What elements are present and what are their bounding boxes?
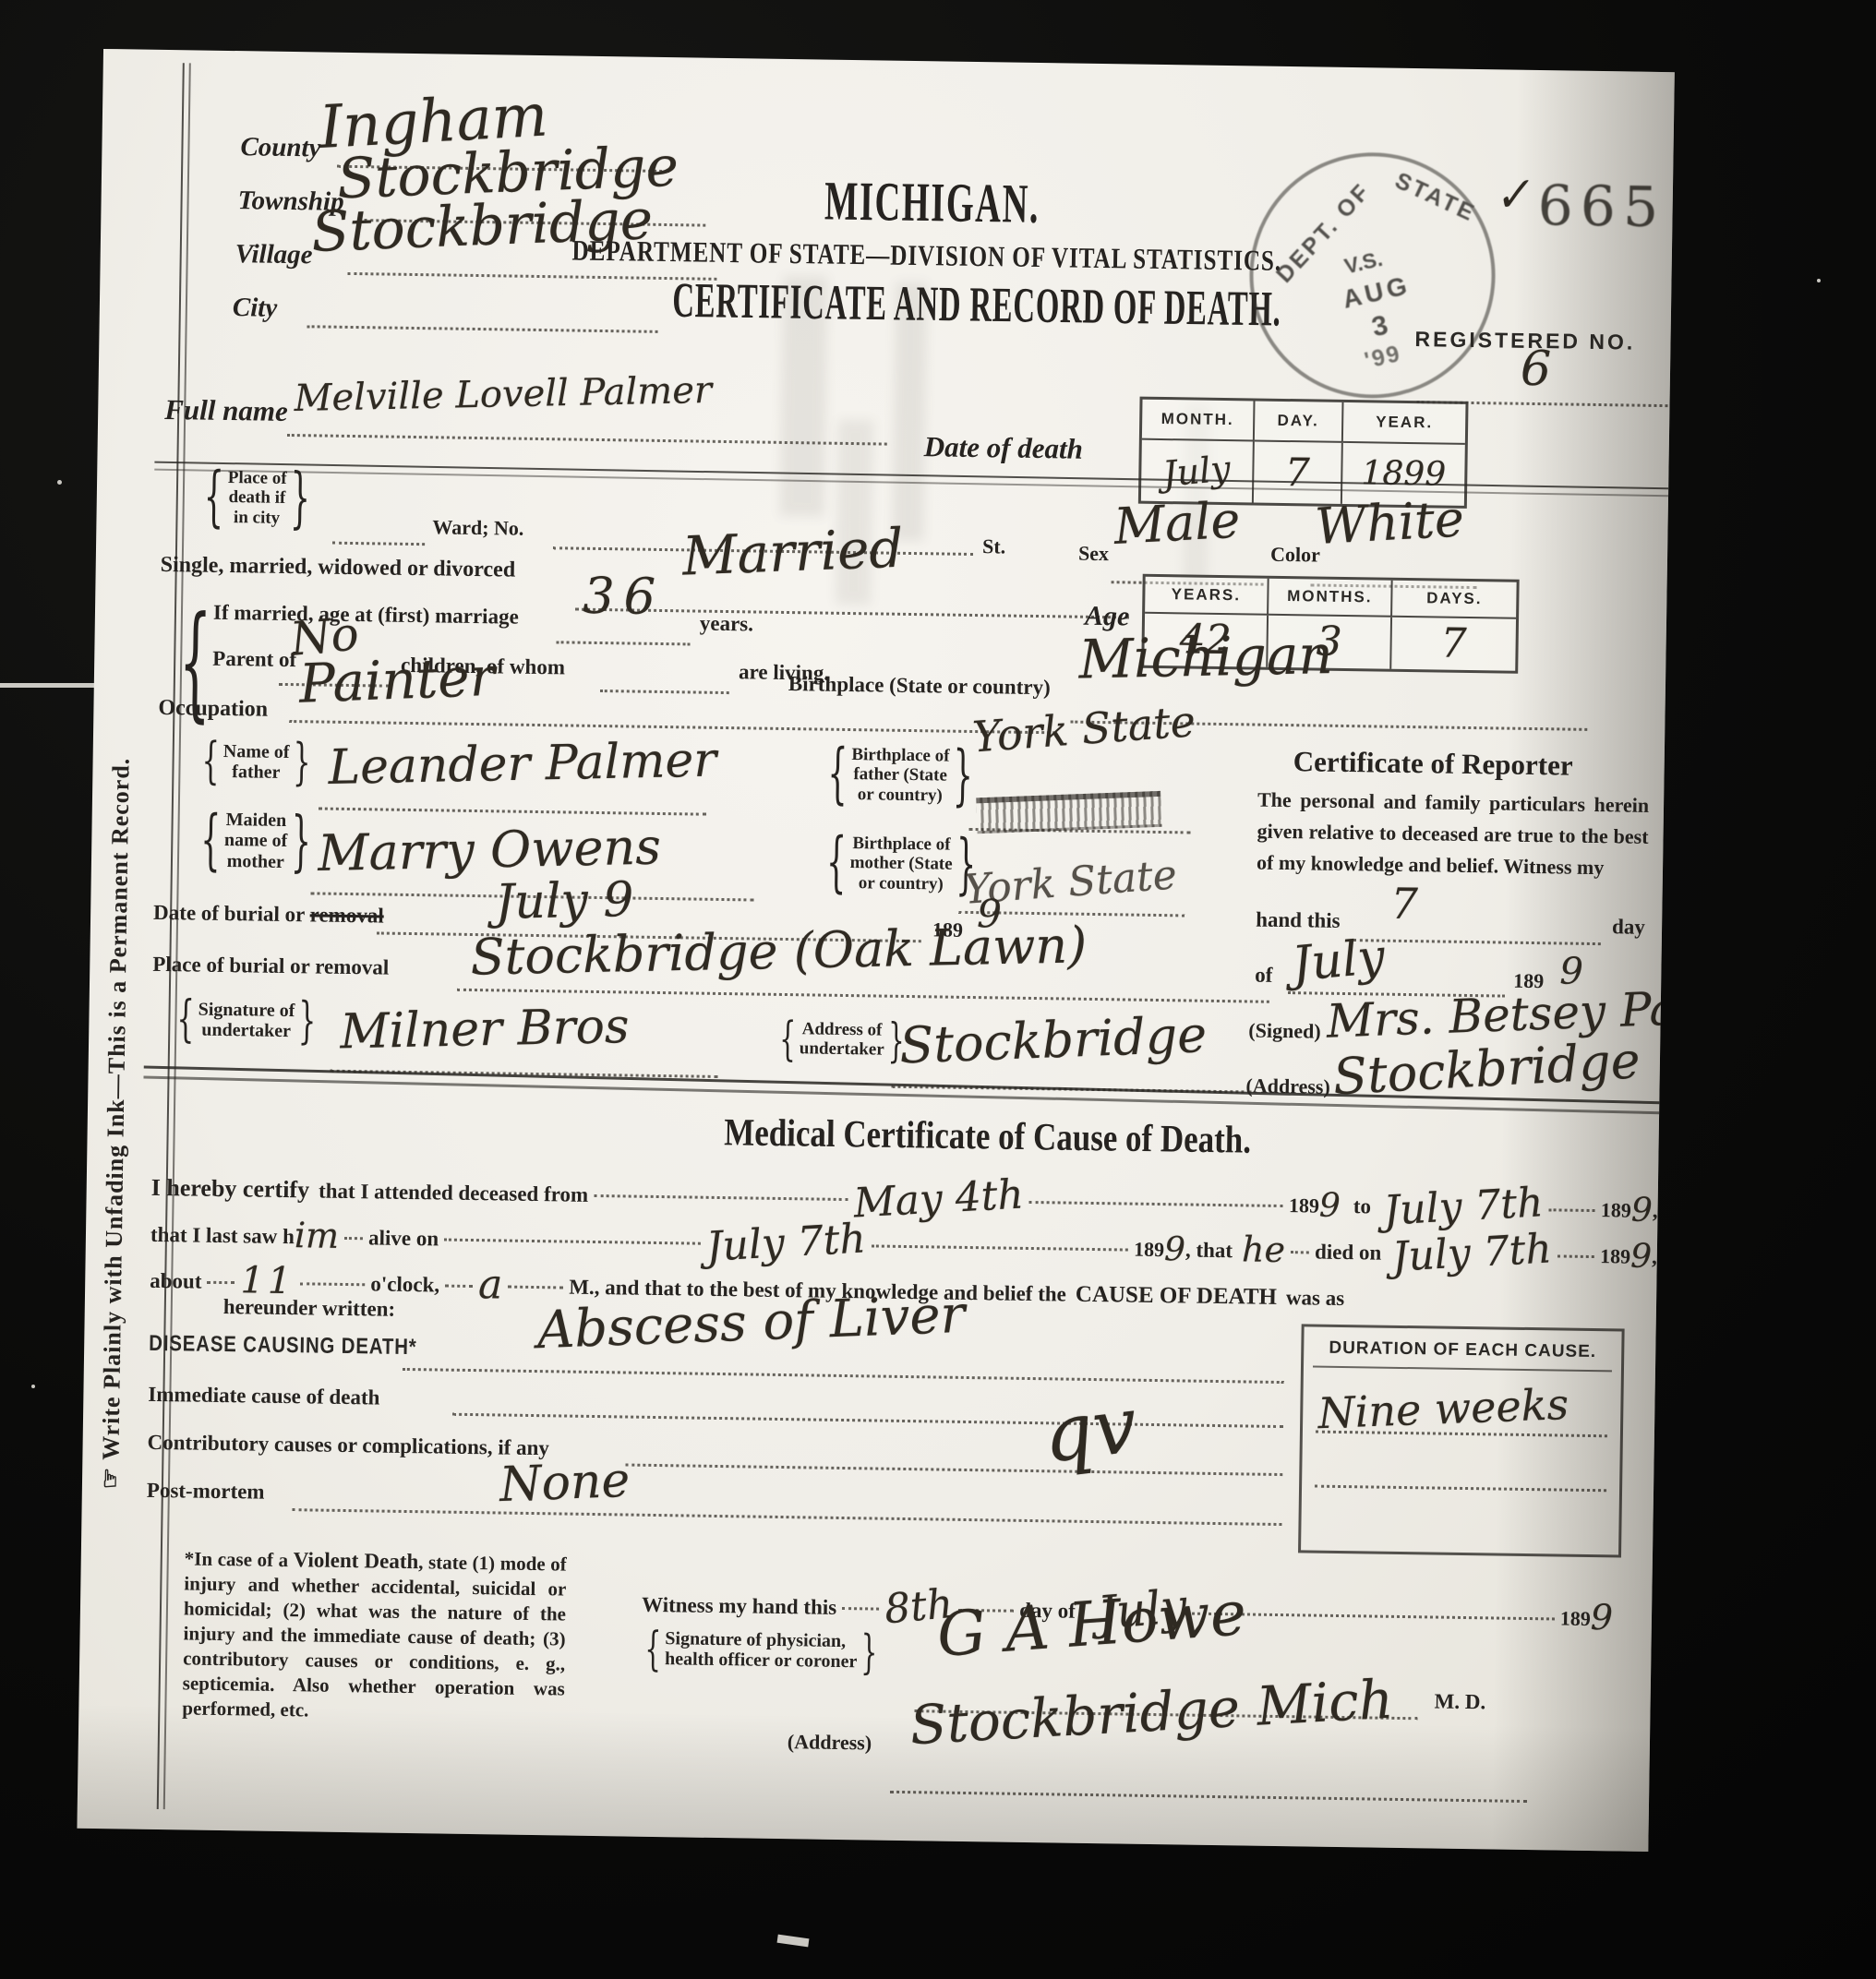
burial-place-value: Stockbridge (Oak Lawn): [470, 920, 1088, 982]
of-whom-line: [600, 690, 729, 694]
reporter-day-value: 7: [1390, 882, 1418, 925]
parent-of-label: Parent of: [212, 647, 296, 672]
street-label: St.: [982, 534, 1005, 558]
registered-no-value: 6: [1521, 345, 1552, 393]
disease-causing-death-value: Abscess of Liver: [536, 1289, 966, 1357]
reporter-month-value: July: [1290, 933, 1387, 989]
month-header: MONTH.: [1142, 400, 1256, 442]
mother-birthplace-label: { Birthplace of mother (State or country…: [826, 834, 977, 894]
father-name-line: [319, 807, 706, 815]
undertaker-address-label: { Address of undertaker }: [779, 1019, 905, 1061]
stamp-vs-text: V.S.: [1342, 246, 1385, 280]
reporter-day-line: [1353, 939, 1601, 945]
post-mortem-line: [293, 1508, 1282, 1526]
film-scratch: [0, 683, 107, 688]
years-suffix-label: years.: [700, 612, 754, 637]
stamp-arc-right-text: STATE: [1390, 167, 1480, 228]
full-name-label: Full name: [164, 393, 288, 428]
contributory-label: Contributory causes or complications, if…: [147, 1431, 549, 1460]
county-label: County: [240, 132, 321, 163]
stamp-day-text: 3: [1369, 310, 1391, 344]
sex-value: Male: [1112, 496, 1241, 552]
mother-name-value: Marry Owens: [318, 822, 662, 879]
contributory-mark: qv: [1039, 1385, 1141, 1474]
year-header: YEAR.: [1343, 402, 1466, 445]
immediate-cause-line: [452, 1413, 1283, 1428]
father-birthplace-label: { Birthplace of father (State or country…: [827, 745, 973, 806]
occupation-value: Painter: [298, 650, 496, 711]
reporter-address-value: Stockbridge: [1332, 1036, 1641, 1102]
marriage-age-value: 36: [583, 571, 666, 622]
duration-line-2: [1315, 1485, 1606, 1493]
film-speck: [31, 1385, 35, 1388]
state-title: MICHIGAN.: [776, 169, 1088, 237]
dept-of-state-stamp: DEPT. OF STATE V.S. AUG 3 '99: [1225, 128, 1521, 424]
marital-label: Single, married, widowed or divorced: [161, 553, 516, 583]
marriage-age-line: [557, 641, 691, 645]
occupation-label: Occupation: [158, 696, 268, 723]
physician-signature-value: G A Howe: [935, 1583, 1248, 1666]
stamp-year-text: '99: [1362, 341, 1403, 375]
immediate-cause-label: Immediate cause of death: [148, 1383, 379, 1410]
contributory-line: [625, 1464, 1282, 1477]
color-label: Color: [1270, 543, 1320, 568]
full-name-value: Melville Lovell Palmer: [294, 372, 712, 417]
place-of-death-line: [332, 542, 425, 546]
burial-date-label: Date of burial or removal: [153, 901, 384, 929]
date-of-death-label: Date of death: [923, 430, 1083, 466]
father-name-label: { Name of father }: [201, 741, 310, 785]
city-label: City: [233, 293, 278, 324]
certify-line-4: hereunder written:: [223, 1295, 396, 1322]
father-name-value: Leander Palmer: [328, 737, 716, 792]
duration-box-title-rule: [1313, 1366, 1612, 1373]
burial-date-value: July 9: [495, 876, 634, 927]
sex-label: Sex: [1078, 542, 1109, 566]
reporter-title: Certificate of Reporter: [1293, 745, 1572, 782]
film-speck: [1817, 279, 1821, 282]
duration-box-title: DURATION OF EACH CAUSE.: [1304, 1337, 1621, 1362]
physician-signature-label: { Signature of physician, health officer…: [644, 1628, 878, 1673]
post-mortem-label: Post-mortem: [147, 1479, 265, 1505]
reporter-hand-this-label: hand this: [1256, 908, 1341, 933]
film-scratch: [777, 1935, 810, 1948]
margin-note: ☞ Write Plainly with Unfading Ink—This i…: [97, 757, 136, 1489]
reporter-body: The personal and family particulars here…: [1257, 785, 1649, 884]
file-number: 665: [1537, 174, 1666, 240]
marriage-age-label: If married, age at (first) marriage: [213, 601, 519, 630]
md-label: M. D.: [1434, 1690, 1485, 1715]
medical-title: Medical Certificate of Cause of Death.: [601, 1109, 1375, 1165]
age-days-value: 7: [1391, 618, 1516, 671]
post-mortem-value: None: [499, 1457, 631, 1509]
disease-causing-death-label: DISEASE CAUSING DEATH*: [149, 1331, 417, 1361]
physician-address-label: (Address): [788, 1730, 872, 1755]
physician-address-line: [890, 1791, 1527, 1803]
undertaker-signature-label: { Signature of undertaker }: [176, 999, 316, 1042]
age-days-header: DAYS.: [1392, 581, 1517, 619]
day-header: DAY.: [1255, 401, 1344, 442]
burial-place-label: Place of burial or removal: [152, 953, 389, 980]
occupation-line: [289, 720, 1055, 734]
father-birthplace-value: York State: [971, 700, 1197, 758]
father-birthplace-line: [969, 828, 1191, 834]
form-title: CERTIFICATE AND RECORD OF DEATH.: [649, 272, 1305, 339]
film-speck: [57, 480, 62, 485]
duration-value: Nine weeks: [1317, 1381, 1621, 1434]
village-label: Village: [235, 239, 313, 270]
check-mark: ✓: [1491, 171, 1533, 220]
birthplace-value: Michigan: [1078, 628, 1333, 687]
undertaker-address-value: Stockbridge: [898, 1010, 1208, 1071]
marital-value: Married: [681, 522, 904, 583]
ward-no-label: Ward; No.: [432, 515, 523, 540]
age-years-header: YEARS.: [1145, 577, 1269, 616]
duration-box: DURATION OF EACH CAUSE. Nine weeks: [1298, 1324, 1625, 1557]
death-certificate-page: ☞ Write Plainly with Unfading Ink—This i…: [77, 49, 1674, 1852]
place-of-death-label: { Place of death if in city }: [203, 468, 310, 528]
disease-line: [403, 1368, 1284, 1384]
reporter-day-label: day: [1612, 915, 1645, 940]
reporter-signed-label: (Signed): [1248, 1018, 1321, 1043]
struck-out-word: [976, 791, 1161, 834]
age-months-header: MONTHS.: [1269, 579, 1393, 618]
city-line: [307, 325, 658, 333]
day-value: 7: [1254, 441, 1343, 503]
reporter-of-label: of: [1255, 964, 1273, 988]
mother-name-label: { Maiden name of mother }: [200, 810, 312, 873]
film-background: ☞ Write Plainly with Unfading Ink—This i…: [0, 0, 1876, 1979]
undertaker-signature-value: Milner Bros: [340, 1002, 630, 1056]
birthplace-label: Birthplace (State or country): [788, 672, 1051, 700]
color-value: White: [1314, 494, 1465, 552]
physician-address-value: Stockbridge Mich: [908, 1673, 1394, 1753]
violent-death-footnote: *In case of a Violent Death, state (1) m…: [182, 1545, 567, 1726]
